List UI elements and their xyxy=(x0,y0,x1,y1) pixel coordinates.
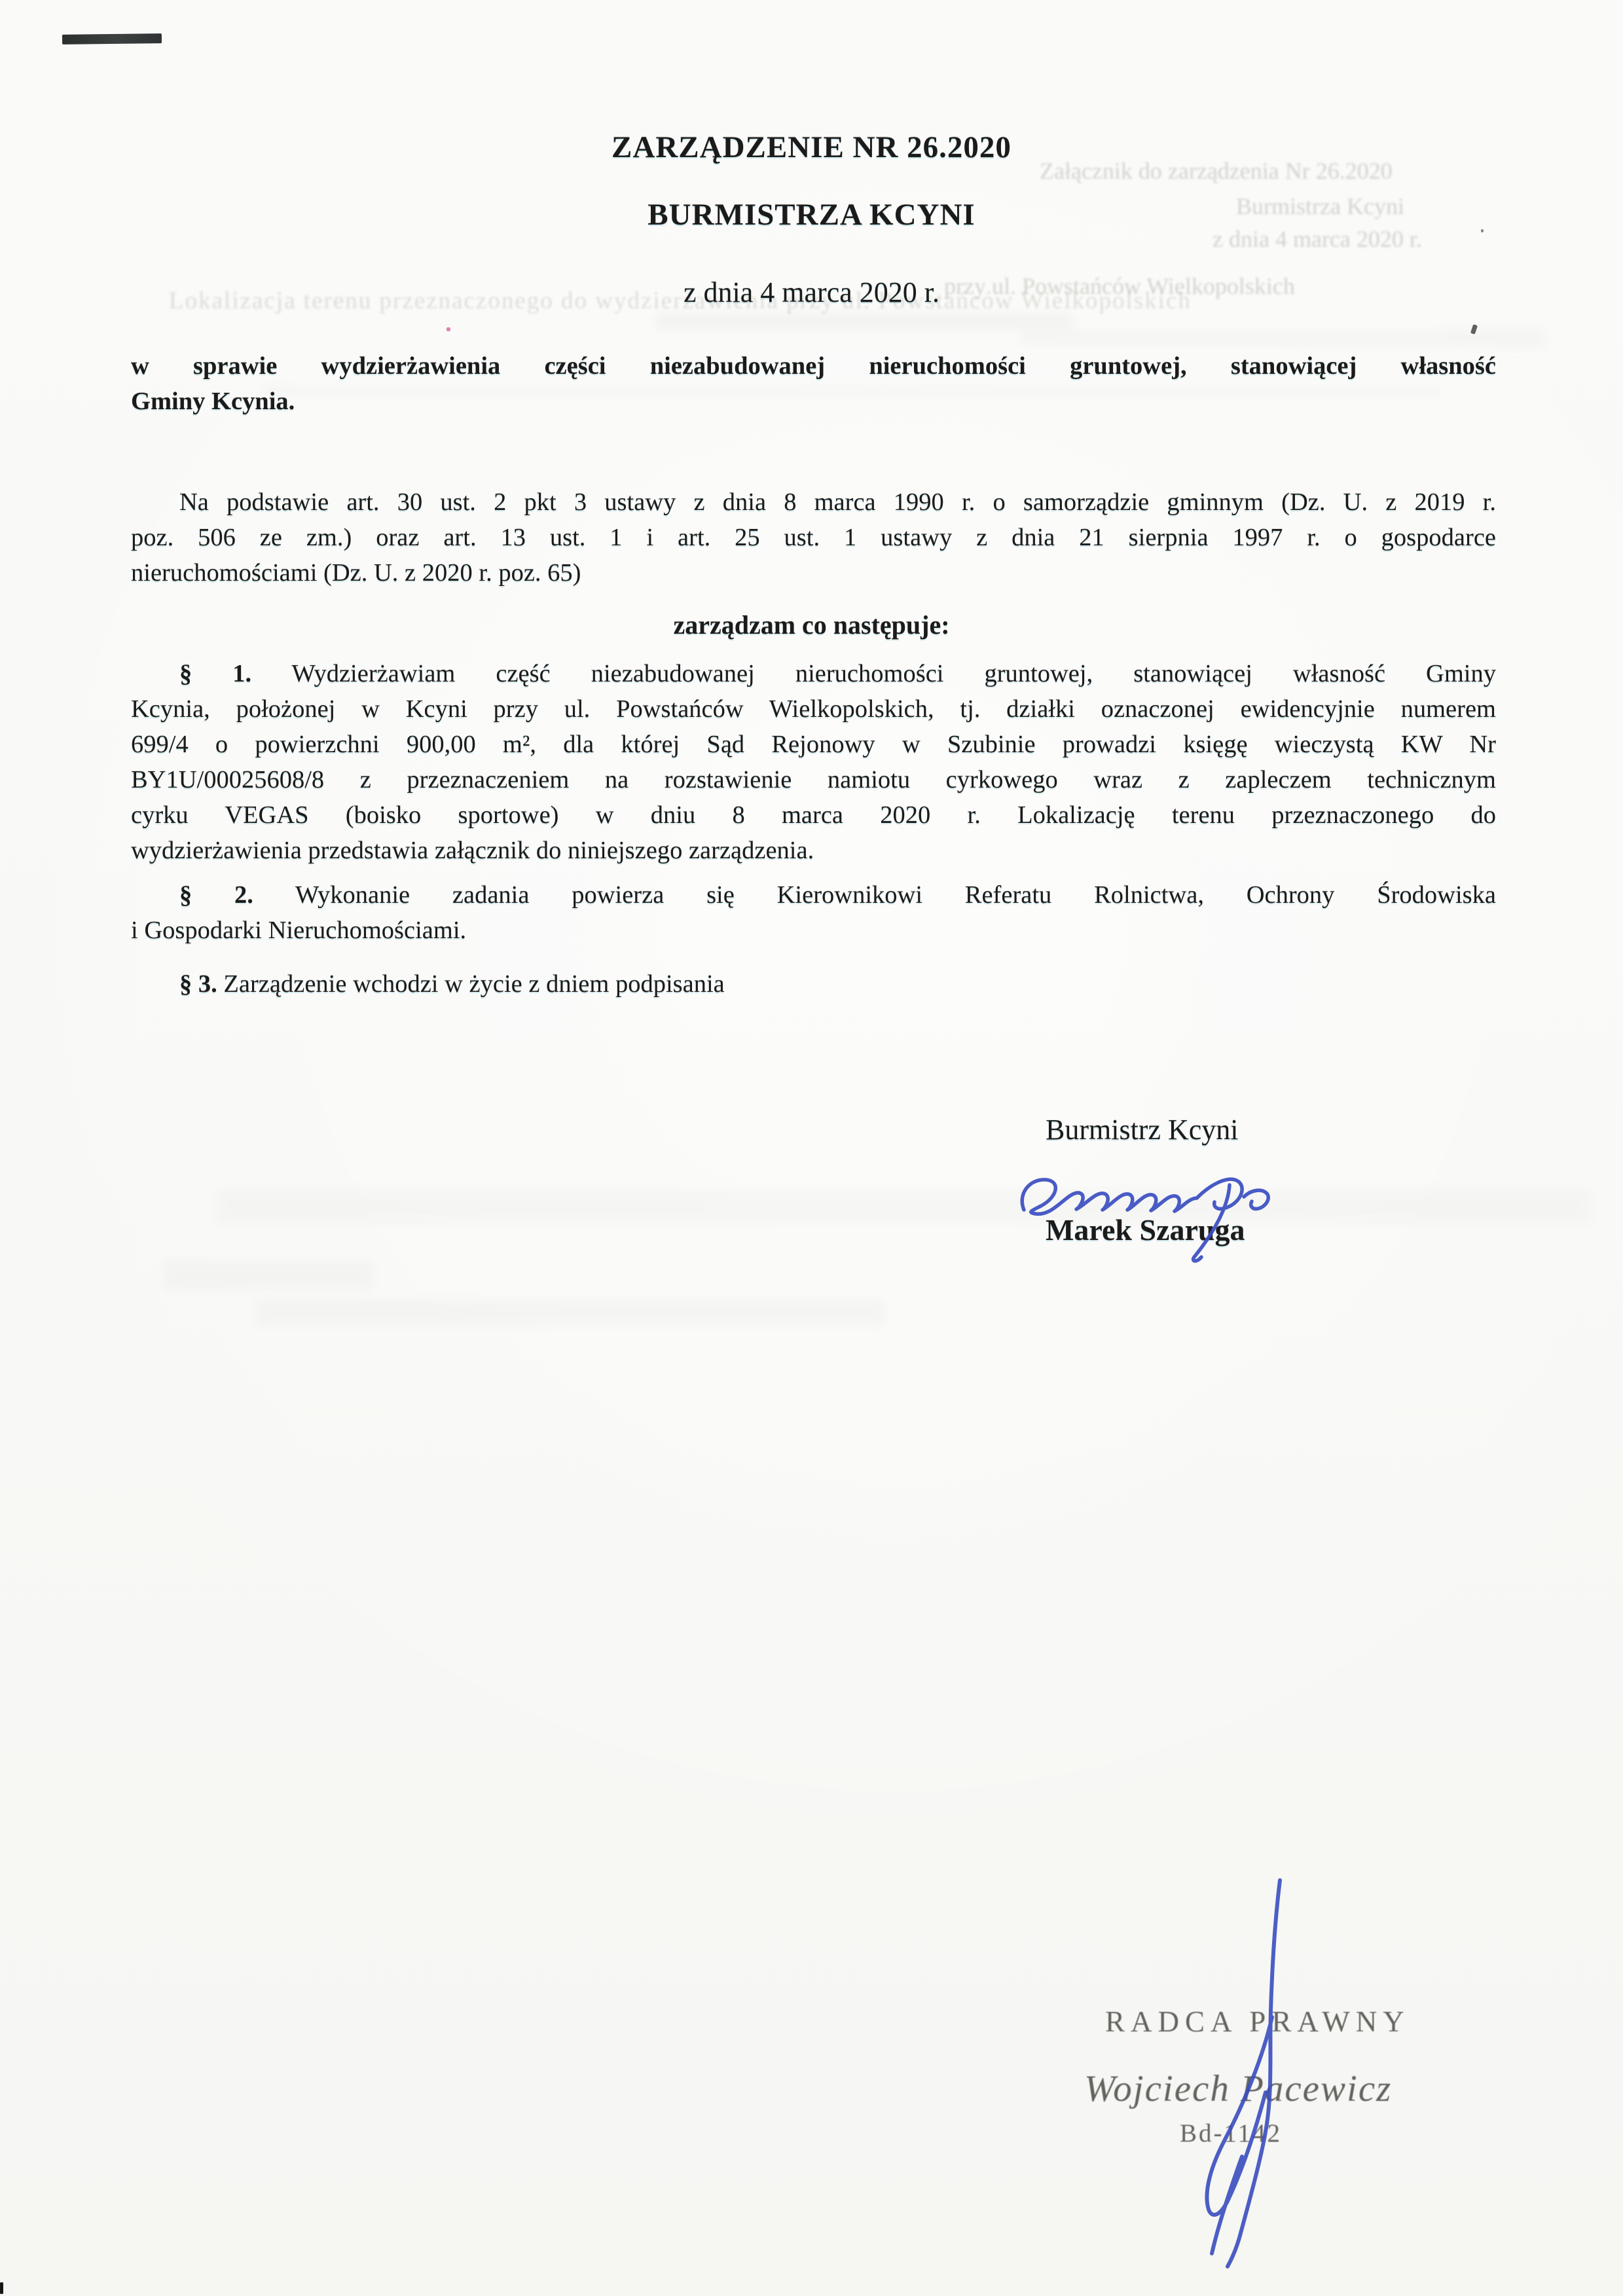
section-1-line: cyrku VEGAS (boisko sportowe) w dniu 8 m… xyxy=(131,797,1496,833)
dust-speck xyxy=(1481,229,1484,232)
signatory-role: Burmistrz Kcyni xyxy=(1046,1113,1239,1146)
legal-basis-line: nieruchomościami (Dz. U. z 2020 r. poz. … xyxy=(131,555,1496,591)
section-1-line: 699/4 o powierzchni 900,00 m², dla które… xyxy=(131,727,1496,762)
legal-basis-paragraph: Na podstawie art. 30 ust. 2 pkt 3 ustawy… xyxy=(131,484,1496,591)
subject-paragraph: w sprawie wydzierżawienia części niezabu… xyxy=(131,348,1496,419)
paper-smudge xyxy=(655,313,1074,330)
paper-smudge xyxy=(164,1260,373,1290)
section-1-line: § 1. Wydzierżawiam część niezabudowanej … xyxy=(131,656,1496,691)
section-3-label: § 3. xyxy=(179,970,217,998)
section-2-text: Wykonanie zadania powierza się Kierownik… xyxy=(295,881,1496,909)
section-2-line: i Gospodarki Nieruchomościami. xyxy=(131,913,1496,948)
document-date-line: z dnia 4 marca 2020 r. xyxy=(0,276,1623,309)
section-1-line: Kcynia, położonej w Kcyni przy ul. Powst… xyxy=(131,691,1496,727)
paper-smudge xyxy=(255,1300,884,1326)
scan-artifact-bar xyxy=(62,33,162,45)
dust-speck xyxy=(447,327,450,331)
section-3: § 3. Zarządzenie wchodzi w życie z dniem… xyxy=(131,966,1496,1002)
document-title-issuer: BURMISTRZA KCYNI xyxy=(0,197,1623,232)
subject-line: Gminy Kcynia. xyxy=(131,384,1496,419)
section-1-line: BY1U/00025608/8 z przeznaczeniem na rozs… xyxy=(131,762,1496,797)
section-1: § 1. Wydzierżawiam część niezabudowanej … xyxy=(131,656,1496,868)
section-1-line: wydzierżawienia przedstawia załącznik do… xyxy=(131,833,1496,868)
paper-smudge xyxy=(1021,331,1545,346)
paper-smudge xyxy=(216,1188,1591,1224)
section-3-text: Zarządzenie wchodzi w życie z dniem podp… xyxy=(223,970,724,998)
section-2-line: § 2. Wykonanie zadania powierza się Kier… xyxy=(131,877,1496,913)
legal-counsel-signature-ink xyxy=(1142,1876,1365,2269)
section-3-line: § 3. Zarządzenie wchodzi w życie z dniem… xyxy=(131,966,1496,1002)
section-2: § 2. Wykonanie zadania powierza się Kier… xyxy=(131,877,1496,948)
order-clause: zarządzam co następuje: xyxy=(0,608,1623,643)
legal-basis-line: poz. 506 ze zm.) oraz art. 13 ust. 1 i a… xyxy=(131,520,1496,555)
document-title-number: ZARZĄDZENIE NR 26.2020 xyxy=(0,130,1623,165)
dust-speck xyxy=(0,2282,3,2294)
subject-line: w sprawie wydzierżawienia części niezabu… xyxy=(131,348,1496,384)
section-1-text: Wydzierżawiam część niezabudowanej nieru… xyxy=(291,660,1496,687)
section-2-label: § 2. xyxy=(179,881,253,909)
section-1-label: § 1. xyxy=(179,660,251,687)
legal-basis-line: Na podstawie art. 30 ust. 2 pkt 3 ustawy… xyxy=(131,484,1496,520)
scanned-document-page: Załącznik do zarządzenia Nr 26.2020 Burm… xyxy=(0,0,1623,2296)
mayor-signature-ink xyxy=(1013,1144,1328,1275)
